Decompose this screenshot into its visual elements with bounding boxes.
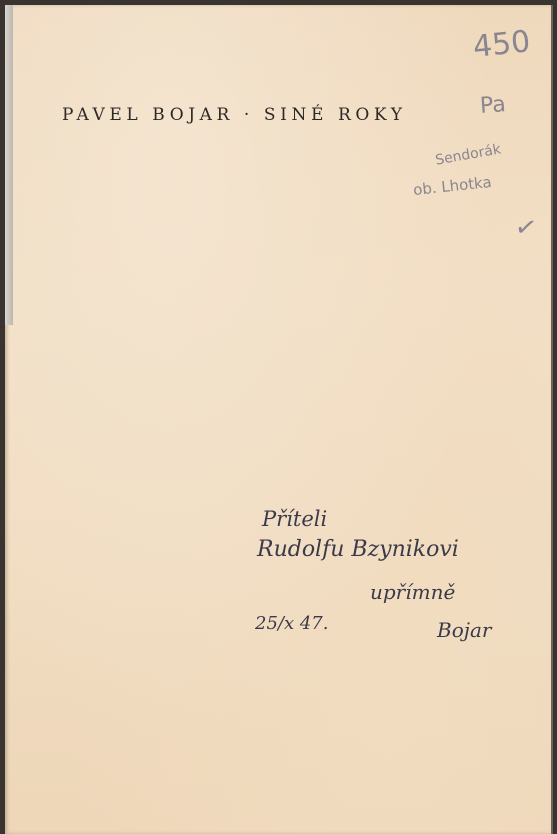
title-page: PAVEL BOJAR · SINÉ ROKY 450 Pa Sendorák …: [5, 5, 553, 834]
pencil-code: Pa: [479, 92, 506, 119]
pencil-note-line2: ob. Lhotka: [412, 173, 492, 199]
inscription-line3: upřímně: [370, 580, 455, 604]
inscription-line1: Příteli: [262, 507, 327, 531]
inscription-date: 25/x 47.: [255, 613, 328, 634]
inscription-line2: Rudolfu Bzynikovi: [257, 537, 459, 562]
printed-title: PAVEL BOJAR · SINÉ ROKY: [62, 105, 407, 125]
inscription-signature: Bojar: [437, 618, 491, 642]
torn-edge: [5, 5, 13, 325]
check-mark-icon: ✓: [513, 211, 540, 244]
pencil-catalog-number: 450: [471, 24, 532, 65]
pencil-note-line1: Sendorák: [434, 141, 502, 168]
